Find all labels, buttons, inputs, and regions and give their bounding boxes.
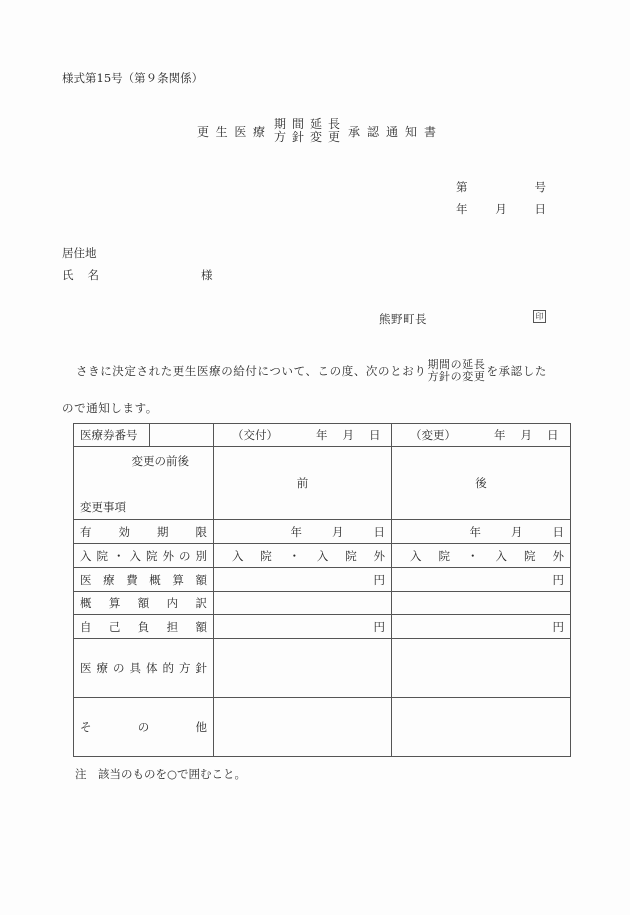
table-header-row: 医療券番号 （交付） 年 月 日 （変更） 年 月 日 <box>74 424 571 447</box>
ticket-number-value[interactable] <box>150 424 214 447</box>
copayment-before[interactable]: 円 <box>214 615 392 639</box>
form-number: 様式第15号（第９条関係） <box>62 70 203 86</box>
row-label-inpatient: 入院・入院外の別 <box>74 544 214 568</box>
change-month: 月 <box>521 427 533 443</box>
table-row: 自己負担額 円 円 <box>74 615 571 639</box>
option-char: 院 <box>524 548 536 564</box>
issuer-title: 熊野町長 <box>379 311 427 327</box>
label-char: 額 <box>196 619 208 635</box>
label-char: 医 <box>80 660 92 676</box>
label-char: 算 <box>109 595 121 611</box>
date-day: 日 <box>535 201 547 217</box>
validity-after[interactable]: 年月日 <box>392 520 571 544</box>
option-char: 院 <box>345 548 357 564</box>
title-char: 療 <box>253 123 265 140</box>
option-char: 入 <box>496 548 508 564</box>
label-char: の <box>179 548 191 564</box>
label-text: 医療券番号 <box>80 428 138 442</box>
change-year: 年 <box>494 427 506 443</box>
body-line-2: ので通知します。 <box>62 400 158 416</box>
label-char: 入 <box>80 548 92 564</box>
year-unit: 年 <box>291 524 303 540</box>
table-row: 入院・入院外の別 入院・入院外 入院・入院外 <box>74 544 571 568</box>
row-label-validity: 有効期限 <box>74 520 214 544</box>
change-header-row: 変更の前後 変更事項 前 後 <box>74 447 571 520</box>
change-item-label: 変更事項 <box>80 499 207 515</box>
label-char: 体 <box>146 660 158 676</box>
year-unit: 年 <box>470 524 482 540</box>
change-day: 日 <box>547 427 559 443</box>
table-row: 有効期限 年月日 年月日 <box>74 520 571 544</box>
issue-day: 日 <box>369 427 381 443</box>
label-char: 療 <box>103 572 115 588</box>
date-year: 年 <box>456 201 468 217</box>
title-char: 生 <box>216 123 228 140</box>
label-char: 方 <box>179 660 191 676</box>
label-char: 内 <box>167 595 179 611</box>
row-label-cost-breakdown: 概算額内訳 <box>74 592 214 615</box>
day-unit: 日 <box>374 524 386 540</box>
option-char: 外 <box>373 548 385 564</box>
number-prefix: 第 <box>456 179 468 195</box>
title-char: 認 <box>367 123 379 140</box>
title-char: 方 <box>274 131 286 144</box>
change-label: （変更） <box>410 427 456 443</box>
label-char: 限 <box>196 524 208 540</box>
other-after[interactable] <box>392 698 571 757</box>
label-char: 外 <box>163 548 175 564</box>
name-label-char: 名 <box>88 268 100 282</box>
honorific: 様 <box>201 267 213 283</box>
option-char: ・ <box>289 548 301 564</box>
title-char: 更 <box>197 123 209 140</box>
title-option-policy-change: 方 針 変 更 <box>274 131 340 144</box>
label-char: 院 <box>146 548 158 564</box>
body-text: を承認した <box>486 363 547 379</box>
label-char: 医 <box>80 572 92 588</box>
before-after-label: 変更の前後 <box>80 453 207 469</box>
option-policy-change: 方針の変更 <box>427 371 485 383</box>
treatment-policy-before[interactable] <box>214 639 392 698</box>
label-char: 概 <box>149 572 161 588</box>
label-char: 有 <box>80 524 92 540</box>
before-header: 前 <box>214 447 392 520</box>
body-line-1: さきに決定された更生医療の給付について、この度、次のとおり 期間の延長 方針の変… <box>76 359 547 383</box>
body-options: 期間の延長 方針の変更 <box>427 359 485 383</box>
row-label-estimated-cost: 医療費概算額 <box>74 568 214 592</box>
label-char: 期 <box>157 524 169 540</box>
title-suffix: 承 認 通 知 書 <box>348 123 436 140</box>
label-char: 額 <box>138 595 150 611</box>
issue-date: 年 月 日 <box>456 201 546 217</box>
address-label: 居住地 <box>62 245 97 261</box>
other-before[interactable] <box>214 698 392 757</box>
table-row: その他 <box>74 698 571 757</box>
label-char: 針 <box>196 660 208 676</box>
cost-breakdown-before[interactable] <box>214 592 392 615</box>
label-char: 訳 <box>196 595 208 611</box>
option-char: 院 <box>260 548 272 564</box>
issue-month: 月 <box>343 427 355 443</box>
month-unit: 月 <box>332 524 344 540</box>
month-unit: 月 <box>511 524 523 540</box>
title-prefix: 更 生 医 療 <box>197 123 265 140</box>
footnote: 注 該当のものを○で囲むこと。 <box>75 766 246 782</box>
label-char: 負 <box>138 619 150 635</box>
label-char: 額 <box>195 572 207 588</box>
name-label-char: 氏 <box>62 268 74 282</box>
label-char: 入 <box>130 548 142 564</box>
title-char: 知 <box>405 123 417 140</box>
reference-number: 第 号 <box>456 179 546 195</box>
date-month: 月 <box>495 201 507 217</box>
row-label-other: その他 <box>74 698 214 757</box>
after-header: 後 <box>392 447 571 520</box>
row-label-copayment: 自己負担額 <box>74 615 214 639</box>
label-char: 概 <box>80 595 92 611</box>
title-char: 書 <box>424 123 436 140</box>
seal-mark: 印 <box>533 310 546 323</box>
option-char: 入 <box>410 548 422 564</box>
label-char: 費 <box>126 572 138 588</box>
title-char: 承 <box>348 123 360 140</box>
option-char: 外 <box>553 548 565 564</box>
label-char: 担 <box>167 619 179 635</box>
label-char: の <box>113 660 125 676</box>
label-char: 自 <box>80 619 92 635</box>
cost-breakdown-after[interactable] <box>392 592 571 615</box>
label-char: そ <box>80 719 92 735</box>
issue-label: （交付） <box>232 427 278 443</box>
label-char: 療 <box>97 660 109 676</box>
title-char: 医 <box>234 123 246 140</box>
option-char: ・ <box>467 548 479 564</box>
issue-date-cell[interactable]: （交付） 年 月 日 <box>214 424 392 447</box>
title-char: 通 <box>386 123 398 140</box>
option-char: 入 <box>232 548 244 564</box>
validity-before[interactable]: 年月日 <box>214 520 392 544</box>
label-char: ・ <box>113 548 125 564</box>
title-char: 針 <box>292 131 304 144</box>
label-char: の <box>138 719 150 735</box>
table-row: 概算額内訳 <box>74 592 571 615</box>
document-title: 更 生 医 療 期 間 延 長 方 針 変 更 承 認 通 知 書 <box>197 118 436 144</box>
issue-year: 年 <box>316 427 328 443</box>
option-char: 院 <box>439 548 451 564</box>
label-char: 具 <box>130 660 142 676</box>
label-char: 別 <box>196 548 208 564</box>
change-corner-cell: 変更の前後 変更事項 <box>74 447 214 520</box>
label-char: 効 <box>119 524 131 540</box>
estimated-cost-before[interactable]: 円 <box>214 568 392 592</box>
title-char: 変 <box>310 131 322 144</box>
day-unit: 日 <box>553 524 565 540</box>
title-char: 更 <box>328 131 340 144</box>
table-row: 医療の具体的方針 <box>74 639 571 698</box>
approval-table: 医療券番号 （交付） 年 月 日 （変更） 年 月 日 変更の前後 変更事項 前… <box>73 423 571 757</box>
label-char: 己 <box>109 619 121 635</box>
inpatient-before[interactable]: 入院・入院外 <box>214 544 392 568</box>
label-char: 院 <box>97 548 109 564</box>
name-label: 氏名 <box>62 267 99 283</box>
title-options: 期 間 延 長 方 針 変 更 <box>274 118 340 144</box>
estimated-cost-after[interactable]: 円 <box>392 568 571 592</box>
inpatient-after[interactable]: 入院・入院外 <box>392 544 571 568</box>
treatment-policy-after[interactable] <box>392 639 571 698</box>
ticket-number-label: 医療券番号 <box>74 424 150 447</box>
label-char: 他 <box>196 719 208 735</box>
label-char: 算 <box>172 572 184 588</box>
row-label-treatment-policy: 医療の具体的方針 <box>74 639 214 698</box>
table-row: 医療費概算額 円 円 <box>74 568 571 592</box>
change-date-cell[interactable]: （変更） 年 月 日 <box>392 424 571 447</box>
label-char: 的 <box>163 660 175 676</box>
copayment-after[interactable]: 円 <box>392 615 571 639</box>
number-suffix: 号 <box>535 179 547 195</box>
option-char: 入 <box>317 548 329 564</box>
body-text: さきに決定された更生医療の給付について、この度、次のとおり <box>76 363 426 379</box>
